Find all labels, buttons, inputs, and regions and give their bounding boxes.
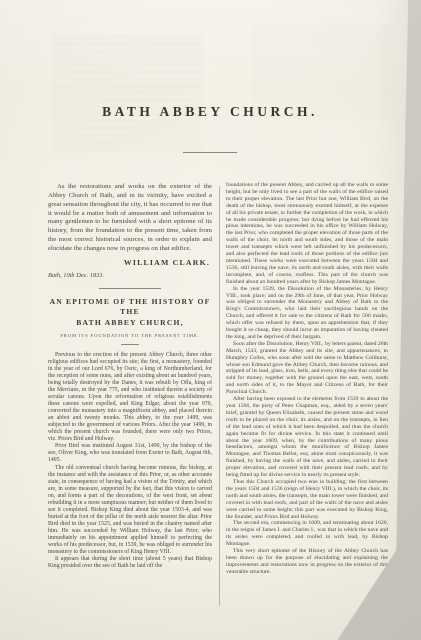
title-divider-rule <box>183 152 237 153</box>
paragraph: foundations of the present Abbey, and ca… <box>226 182 388 286</box>
introduction-paragraph: As the restorations and works on the ext… <box>48 183 212 254</box>
document-page: BATH ABBEY CHURCH. As the restorations a… <box>0 0 414 640</box>
section-heading-line1: AN EPITOME OF THE HISTORY OF THE <box>48 297 212 318</box>
section-heading-line2: BATH ABBEY CHURCH, <box>48 318 212 329</box>
section-subheading: FROM ITS FOUNDATION TO THE PRESENT TIME. <box>48 333 212 338</box>
paragraph: Previous to the erection of the present … <box>48 352 212 444</box>
paragraph: Prior Bird was instituted August 31st, 1… <box>48 443 212 464</box>
showthrough-texture <box>52 36 202 154</box>
right-column-text: foundations of the present Abbey, and ca… <box>226 182 388 632</box>
paragraph: Soon after the Dissolution, Henry VIII.,… <box>226 341 388 396</box>
paragraph: This very short epitome of the History o… <box>226 548 388 576</box>
dateline: Bath, 10th Dec. 1833. <box>48 272 212 279</box>
paragraph: It appears that during the short time (a… <box>48 556 212 570</box>
paragraph: Thus this Church occupied two eras in bu… <box>226 479 388 520</box>
paragraph: In the year 1539, the Dissolution of the… <box>226 286 388 341</box>
paragraph: The old conventual church having become … <box>48 465 212 557</box>
paragraph: After having been exposed to the element… <box>226 396 388 479</box>
author-signature: WILLIAM CLARK. <box>48 258 212 267</box>
paragraph: The second era, commencing in 1609, and … <box>226 520 388 548</box>
left-column-text: Previous to the erection of the present … <box>48 352 212 570</box>
column-divider-rule <box>219 186 220 606</box>
section-heading: AN EPITOME OF THE HISTORY OF THE BATH AB… <box>48 297 212 329</box>
section-divider-rule <box>99 288 161 289</box>
left-column: As the restorations and works on the ext… <box>48 183 212 633</box>
subheading-divider-rule <box>121 344 139 345</box>
page-title: BATH ABBEY CHURCH. <box>30 104 390 120</box>
